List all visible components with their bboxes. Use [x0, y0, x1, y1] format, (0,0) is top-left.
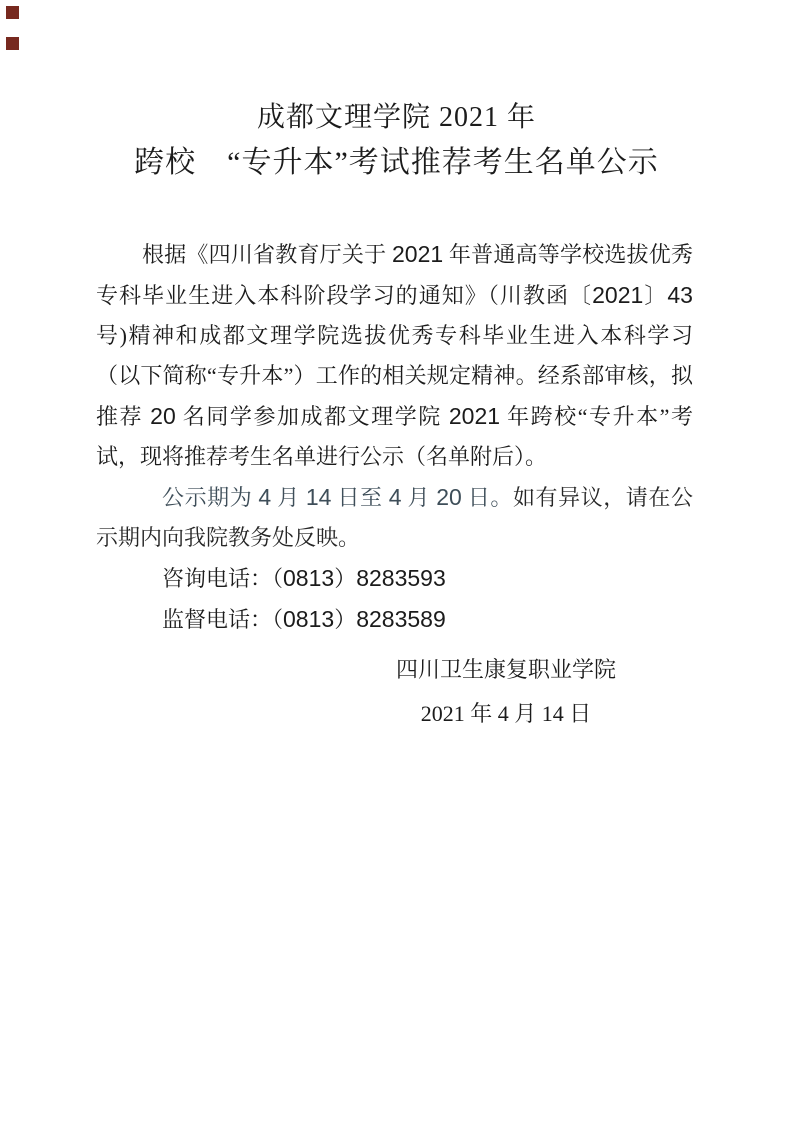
text-segment: 0813	[283, 565, 334, 591]
signature-date: 2021 年 4 月 14 日	[326, 692, 686, 736]
text-segment: 0813	[283, 606, 334, 632]
text-segment: 2021	[449, 403, 500, 429]
text-segment: 4	[389, 484, 402, 510]
text-segment: 日。	[462, 485, 513, 510]
text-segment: 8283589	[356, 606, 446, 632]
artifact-mark-2	[6, 37, 19, 50]
consult-phone-line: 咨询电话：（0813）8283593	[96, 558, 693, 599]
text-segment: 〕	[643, 283, 667, 308]
body-paragraph-publicity-period: 公示期为 4 月 14 日至 4 月 20 日。如有异议，请在公示期内向我院教务…	[96, 477, 693, 558]
text-segment: 43	[667, 282, 693, 308]
body-paragraph-basis: 根据《四川省教育厅关于 2021 年普通高等学校选拔优秀专科毕业生进入本科阶段学…	[96, 234, 693, 477]
text-segment: ）	[334, 566, 356, 591]
text-segment: 14	[306, 484, 332, 510]
text-segment: 监督电话：（	[162, 607, 283, 632]
text-segment: 20	[150, 403, 176, 429]
text-segment: 名同学参加成都文理学院	[176, 404, 449, 429]
doc-title-line-2: 跨校 “专升本”考试推荐考生名单公示	[0, 138, 793, 188]
text-segment: 8283593	[356, 565, 446, 591]
document-page: 成都文理学院 2021 年 跨校 “专升本”考试推荐考生名单公示 根据《四川省教…	[0, 0, 793, 1122]
text-segment: 月	[271, 485, 306, 510]
text-segment: 日至	[331, 485, 388, 510]
signature-block: 四川卫生康复职业学院 2021 年 4 月 14 日	[326, 648, 686, 736]
text-segment: ）	[334, 607, 356, 632]
text-segment: 公示期为	[162, 485, 258, 510]
text-segment: 咨询电话：（	[162, 566, 283, 591]
text-segment: 4	[258, 484, 271, 510]
text-segment: 2021	[392, 241, 443, 267]
supervise-phone-line: 监督电话：（0813）8283589	[96, 599, 693, 640]
text-segment: 20	[436, 484, 462, 510]
text-segment: 根据《四川省教育厅关于	[142, 242, 392, 267]
text-segment: 2021	[592, 282, 643, 308]
signature-org: 四川卫生康复职业学院	[326, 648, 686, 692]
artifact-mark-1	[6, 6, 19, 19]
text-segment: 月	[401, 485, 436, 510]
doc-title-line-1: 成都文理学院 2021 年	[0, 0, 793, 138]
